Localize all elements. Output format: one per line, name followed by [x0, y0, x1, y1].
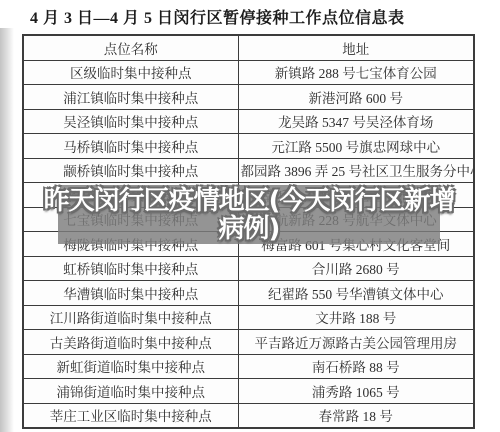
table-row: 吴泾镇临时集中接种点龙吴路 5347 号吴泾体育场: [23, 109, 474, 134]
table-row: 浦锦街道临时集中接种点浦秀路 1065 号: [23, 379, 474, 404]
table-row: 浦江镇临时集中接种点新港河路 600 号: [23, 85, 474, 110]
site-name-cell: 浦江镇临时集中接种点: [23, 85, 238, 110]
overlay-caption-line2: 病例): [219, 215, 280, 243]
table-row: 颛桥镇临时集中接种点都园路 3896 弄 25 号社区卫生服务分中心: [23, 158, 474, 183]
address-cell: 文井路 188 号: [238, 305, 474, 330]
overlay-caption-line1: 昨天闵行区疫情地区(今天闵行区新增: [44, 187, 455, 215]
site-name-cell: 颛桥镇临时集中接种点: [23, 158, 238, 183]
address-cell: 春常路 18 号: [238, 403, 474, 428]
site-name-cell: 新虹街道临时集中接种点: [23, 354, 238, 379]
site-name-cell: 古美路街道临时集中接种点: [23, 330, 238, 355]
address-cell: 新港河路 600 号: [238, 85, 474, 110]
address-cell: 元江路 5500 号旗忠网球中心: [238, 134, 474, 159]
table-row: 新虹街道临时集中接种点南石桥路 88 号: [23, 354, 474, 379]
address-cell: 都园路 3896 弄 25 号社区卫生服务分中心: [238, 158, 474, 183]
address-cell: 纪翟路 550 号华漕镇文体中心: [238, 281, 474, 306]
address-cell: 新镇路 288 号七宝体育公园: [238, 60, 474, 85]
table-header-row: 点位名称 地址: [23, 35, 474, 60]
address-cell: 平吉路近万源路古美公园管理用房: [238, 330, 474, 355]
site-name-cell: 江川路街道临时集中接种点: [23, 305, 238, 330]
table-row: 虹桥镇临时集中接种点合川路 2680 号: [23, 256, 474, 281]
table-row: 古美路街道临时集中接种点平吉路近万源路古美公园管理用房: [23, 330, 474, 355]
site-name-cell: 华漕镇临时集中接种点: [23, 281, 238, 306]
address-cell: 龙吴路 5347 号吴泾体育场: [238, 109, 474, 134]
page-edge-shadow: [0, 28, 14, 432]
site-name-cell: 吴泾镇临时集中接种点: [23, 109, 238, 134]
table-row: 华漕镇临时集中接种点纪翟路 550 号华漕镇文体中心: [23, 281, 474, 306]
table-row: 莘庄工业区临时集中接种点春常路 18 号: [23, 403, 474, 428]
site-name-cell: 莘庄工业区临时集中接种点: [23, 403, 238, 428]
watermark-overlay: 昨天闵行区疫情地区(今天闵行区新增 病例): [58, 185, 440, 244]
address-cell: 浦秀路 1065 号: [238, 379, 474, 404]
address-cell: 南石桥路 88 号: [238, 354, 474, 379]
column-header-address: 地址: [238, 35, 474, 60]
site-name-cell: 区级临时集中接种点: [23, 60, 238, 85]
table-row: 江川路街道临时集中接种点文井路 188 号: [23, 305, 474, 330]
column-header-site-name: 点位名称: [23, 35, 238, 60]
address-cell: 合川路 2680 号: [238, 256, 474, 281]
table-row: 区级临时集中接种点新镇路 288 号七宝体育公园: [23, 60, 474, 85]
table-row: 马桥镇临时集中接种点元江路 5500 号旗忠网球中心: [23, 134, 474, 159]
site-name-cell: 浦锦街道临时集中接种点: [23, 379, 238, 404]
table-title: 4 月 3 日—4 月 5 日闵行区暂停接种工作点位信息表: [30, 5, 480, 28]
site-name-cell: 虹桥镇临时集中接种点: [23, 256, 238, 281]
site-name-cell: 马桥镇临时集中接种点: [23, 134, 238, 159]
